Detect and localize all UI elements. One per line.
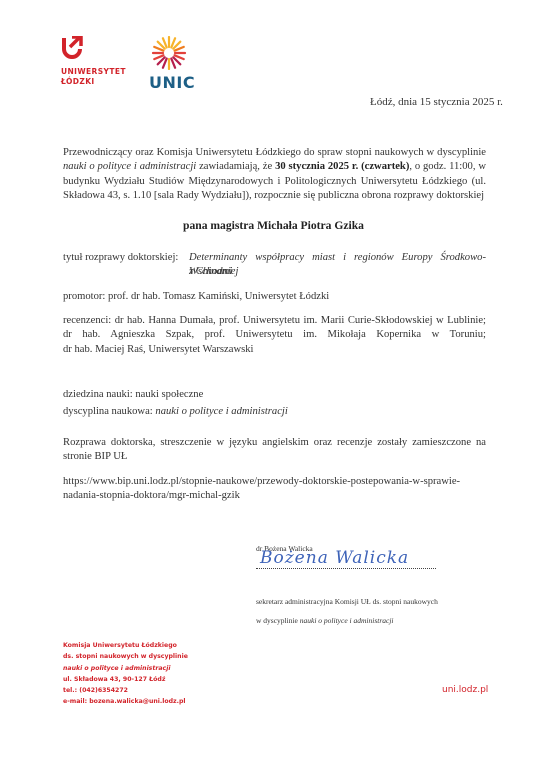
publication-note: Rozprawa doktorska, streszczenie w język… <box>63 436 486 465</box>
ul-logo-text-line1: UNIWERSYTET <box>61 67 126 77</box>
defense-date: 30 stycznia 2025 r. (czwartek) <box>275 161 409 172</box>
reviewers: recenzenci: dr hab. Hanna Dumała, prof. … <box>63 314 486 357</box>
handwritten-signature: Bożena Walicka <box>260 548 409 568</box>
thesis-title-line2: z Chinami <box>189 265 232 279</box>
bip-link-line1[interactable]: https://www.bip.uni.lodz.pl/stopnie-nauk… <box>63 475 460 489</box>
reviewer-line: dr hab. Agnieszka Szpak, prof. Uniwersyt… <box>63 328 486 342</box>
ul-arrow-logo-icon <box>61 36 85 60</box>
reviewer-line: recenzenci: dr hab. Hanna Dumała, prof. … <box>63 314 486 328</box>
unic-logo: UNIC <box>148 36 193 96</box>
reviewer-line: dr hab. Maciej Raś, Uniwersytet Warszaws… <box>63 343 486 357</box>
thesis-label: tytuł rozprawy doktorskiej: <box>63 251 178 265</box>
unic-sun-logo-icon <box>150 36 188 70</box>
promoter: promotor: prof. dr hab. Tomasz Kamiński,… <box>63 290 329 304</box>
signatory-role: sekretarz administracyjna Komisji UŁ ds.… <box>256 597 438 607</box>
thesis-title-line1: Determinanty współpracy miast i regionów… <box>189 251 486 280</box>
footer-contact: Komisja Uniwersytetu Łódzkiego ds. stopn… <box>63 640 188 708</box>
bip-link-line2[interactable]: nadania-stopnia-doktora/mgr-michal-gzik <box>63 489 460 503</box>
ul-logo: UNIWERSYTET ŁÓDZKI <box>61 36 131 96</box>
place-date: Łódź, dnia 15 stycznia 2025 r. <box>370 96 503 108</box>
candidate-name: pana magistra Michała Piotra Gzika <box>183 219 364 232</box>
announcement-paragraph: Przewodniczący oraz Komisja Uniwersytetu… <box>63 146 486 204</box>
footer-email[interactable]: e-mail: bozena.walicka@uni.lodz.pl <box>63 696 188 707</box>
discipline-name: nauki o polityce i administracji <box>63 161 196 172</box>
unic-logo-text: UNIC <box>149 73 195 92</box>
signatory-discipline: w dyscyplinie nauki o polityce i adminis… <box>256 616 394 626</box>
website-link[interactable]: uni.lodz.pl <box>442 685 488 695</box>
bip-link[interactable]: https://www.bip.uni.lodz.pl/stopnie-nauk… <box>63 475 460 504</box>
scientific-discipline: dyscyplina naukowa: nauki o polityce i a… <box>63 405 288 419</box>
scientific-field: dziedzina nauki: nauki społeczne <box>63 388 203 402</box>
ul-logo-text-line2: ŁÓDZKI <box>61 77 95 87</box>
